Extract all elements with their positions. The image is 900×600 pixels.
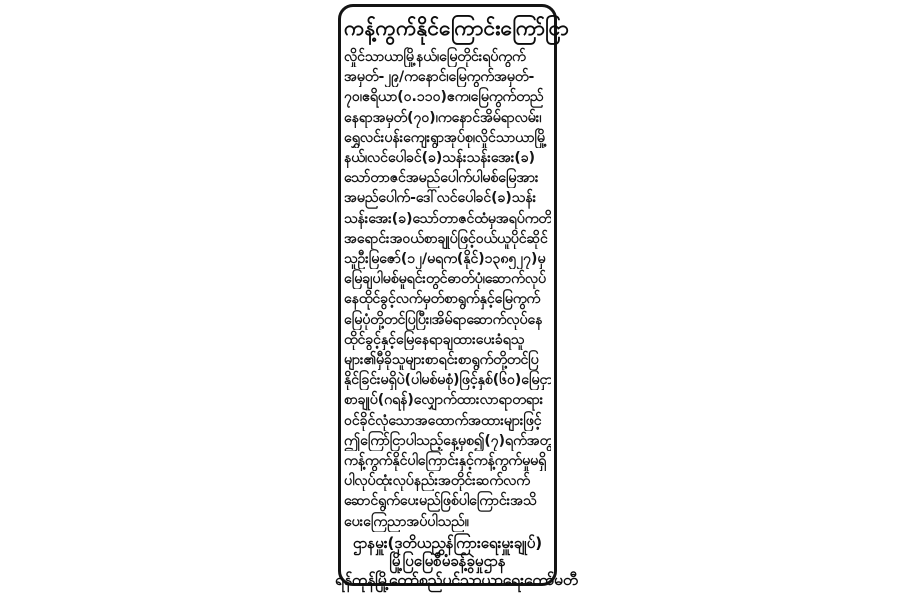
notice-body-line: ရွှေလင်းပန်းကျေးရွာအုပ်စု၊လှိုင်သာယာမြို… bbox=[344, 128, 551, 148]
notice-body-line: ဤကြော်ငြာပါသည့်နေ့မှစ၍(၇)ရက်အတွင်း bbox=[344, 431, 551, 451]
notice-body-line: သော်တာဇင်အမည်ပေါက်ပါမစ်မြေအား bbox=[344, 168, 551, 188]
notice-body-line: အမည်ပေါက်-ဒေါ်လင်ပေါခင်(ခ)သန်း bbox=[344, 188, 551, 208]
notice-border-box: ကန့်ကွက်နိုင်ကြောင်းကြော်ငြာ လှိုင်သာယာမ… bbox=[338, 4, 557, 586]
notice-body-line: ပါလုပ်ထုံးလုပ်နည်းအတိုင်းဆက်လက် bbox=[344, 471, 551, 491]
notice-body-line: နယ်၊လင်ပေါခင်(ခ)သန်းသန်းအေး(ခ) bbox=[344, 148, 551, 168]
notice-body-line: ပေးကြေညာအပ်ပါသည်။ bbox=[344, 512, 551, 532]
notice-body-line: သန်းအေး(ခ)သော်တာဇင်ထံမှအရပ်ကတိ bbox=[344, 209, 551, 229]
notice-body-line: ၇၀၊ဧရိယာ(၀.၁၁၀)ဧက၊မြေကွက်တည် bbox=[344, 87, 551, 107]
notice-body-line: လှိုင်သာယာမြို့နယ်၊မြေတိုင်းရပ်ကွက် bbox=[344, 47, 551, 67]
signature-title-line: ဌာနမှူး(ဒုတိယညွှန်ကြားရေးမှူးချုပ်) bbox=[344, 534, 551, 553]
notice-body-line: အမှတ်-၂၉/ကနောင်၊မြေကွက်အမှတ်- bbox=[344, 67, 551, 87]
notice-body-line: ဝင်ခိုင်လုံသောအထောက်အထားများဖြင့် bbox=[344, 411, 551, 431]
notice-body-line: မြေပုံတို့တင်ပြပြီး၊အိမ်ရာဆောက်လုပ်နေ bbox=[344, 310, 551, 330]
notice-body: လှိုင်သာယာမြို့နယ်၊မြေတိုင်းရပ်ကွက် အမှတ… bbox=[344, 47, 551, 532]
notice-body-line: ကန့်ကွက်နိုင်ပါကြောင်းနှင့်ကန့်ကွက်မှုမရ… bbox=[344, 451, 551, 471]
notice-signature-block: ဌာနမှူး(ဒုတိယညွှန်ကြားရေးမှူးချုပ်) မြို… bbox=[344, 534, 551, 590]
notice-body-line: မြေချပါမစ်မူရင်းတွင်ဓာတ်ပုံ၊ဆောက်လုပ် bbox=[344, 269, 551, 289]
notice-body-line: နေထိုင်ခွင့်လက်မှတ်စာရွက်နှင့်မြေကွက် bbox=[344, 289, 551, 309]
notice-body-line: စာချုပ်(ဂရန်)လျှောက်ထားလာရာတရား bbox=[344, 390, 551, 410]
notice-body-line: သူဦးမြဇော်(၁၂/မရက(နိုင်)၁၃၈၅၂၇)မှ bbox=[344, 249, 551, 269]
notice-title: ကန့်ကွက်နိုင်ကြောင်းကြော်ငြာ bbox=[344, 10, 551, 46]
scanned-notice-page: ကန့်ကွက်နိုင်ကြောင်းကြော်ငြာ လှိုင်သာယာမ… bbox=[0, 0, 900, 600]
signature-department-line: မြို့ပြမြေစီမံခန့်ခွဲမှုဌာန bbox=[344, 552, 551, 571]
notice-body-line: နိုင်ခြင်းမရှိပဲ(ပါမစ်မစုံ)ဖြင့်နှစ်(၆၀)… bbox=[344, 370, 551, 390]
notice-body-line: နေရာအမှတ်(၇၀)၊ကနောင်အိမ်ရာလမ်း၊ bbox=[344, 108, 551, 128]
notice-body-line: များ၏မှီခိုသူများစာရင်းစာရွက်တို့တင်ပြ bbox=[344, 350, 551, 370]
notice-body-line: ထိုင်ခွင့်နှင့်မြေနေရာချထားပေးခံရသူ bbox=[344, 330, 551, 350]
signature-committee-line: ရန်ကုန်မြို့တော်စည်ပင်သာယာရေးကော်မတီ bbox=[335, 571, 557, 590]
notice-body-line: ဆောင်ရွက်ပေးမည်ဖြစ်ပါကြောင်းအသိ bbox=[344, 491, 551, 511]
notice-body-line: အရောင်းအဝယ်စာချုပ်ဖြင့်ဝယ်ယူပိုင်ဆိုင် bbox=[344, 229, 551, 249]
